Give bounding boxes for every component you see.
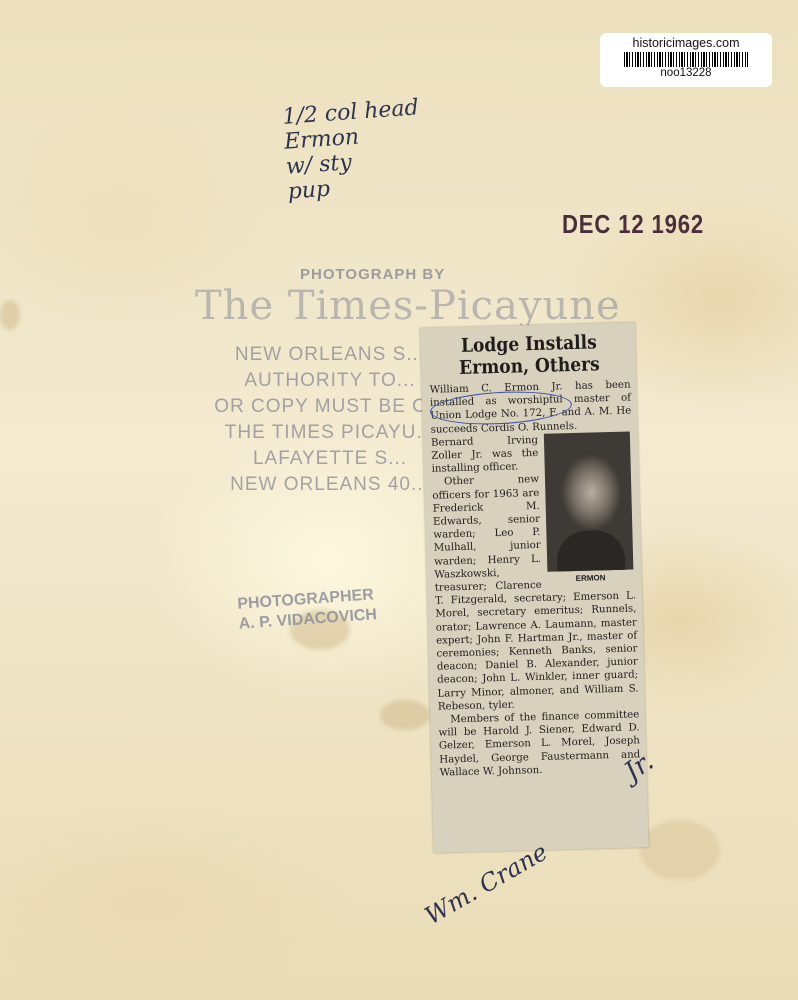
portrait-photo: [544, 431, 634, 571]
water-stain: [380, 700, 430, 730]
photo-credit-title: PHOTOGRAPH BY: [300, 266, 445, 283]
clipping-headline: Lodge Installs Ermon, Others: [431, 323, 626, 380]
barcode-icon: [624, 52, 748, 67]
archive-code: noo13228: [600, 67, 772, 79]
photo-caption: ERMON: [547, 570, 633, 585]
clipping-body: William C. Ermon Jr. has been installed …: [421, 374, 646, 780]
handwritten-note: 1/2 col head Ermon w/ sty pup: [282, 95, 425, 204]
water-stain: [640, 820, 720, 880]
photo-credit-paper: The Times-Picayune: [195, 283, 621, 329]
archive-site: historicimages.com: [600, 36, 772, 50]
water-stain: [0, 300, 20, 330]
date-stamp: DEC 12 1962: [562, 209, 704, 240]
clipping-paragraph: Members of the finance committee will be…: [438, 708, 641, 779]
archive-label: historicimages.com noo13228: [600, 33, 772, 87]
